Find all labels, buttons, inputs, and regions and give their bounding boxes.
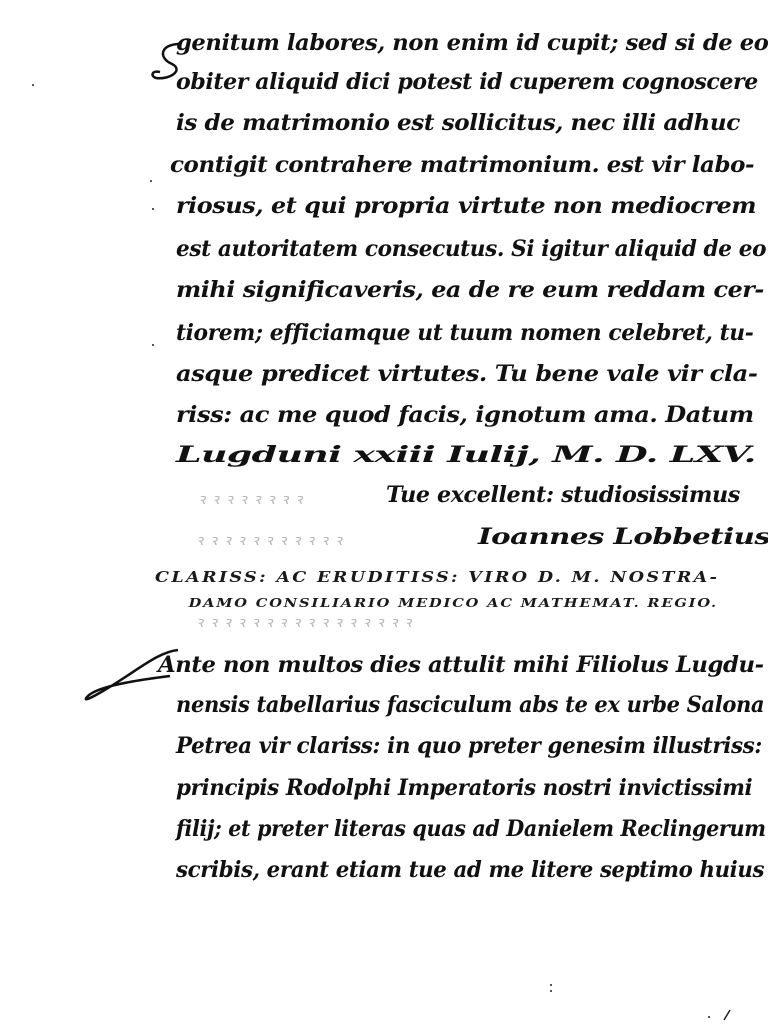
letter-two-line-4: principis Rodolphi Imperatoris nostri in…: [176, 775, 752, 801]
letter-two-line-5: filij; et preter literas quas ad Daniele…: [176, 816, 766, 842]
letter-one-line-7: mihi significaveris, ea de re eum reddam…: [176, 277, 764, 303]
letter-two-line-1: Ante non multos dies attulit mihi Filiol…: [158, 652, 764, 678]
letter-one-line-2: obiter aliquid dici potest id cuperem co…: [176, 69, 758, 95]
ink-speck: [152, 344, 154, 346]
bleed-through-mark: ꝛ ꝛ ꝛ ꝛ ꝛ ꝛ ꝛ ꝛ: [198, 489, 303, 509]
ink-speck: [708, 1016, 710, 1018]
letter-one-closing: Tue excellent: studiosissimus: [386, 482, 740, 508]
letter-two-line-2: nensis tabellarius fasciculum abs te ex …: [176, 692, 764, 718]
letter-one-line-8: tiorem; efficiamque ut tuum nomen celebr…: [176, 320, 753, 346]
letter-one-line-4: contigit contrahere matrimonium. est vir…: [170, 152, 754, 178]
letter-two-line-3: Petrea vir clariss: in quo preter genesi…: [176, 733, 762, 759]
letter-one-line-1: genitum labores, non enim id cupit; sed …: [176, 30, 768, 56]
letter-one-line-6: est autoritatem consecutus. Si igitur al…: [176, 236, 766, 262]
ink-speck: [550, 990, 552, 992]
manuscript-page: genitum labores, non enim id cupit; sed …: [0, 0, 768, 1024]
initial-flourish-icon: [150, 40, 190, 90]
ink-speck: [150, 180, 152, 182]
letter-one-line-11: Lugduni xxiii Iulij, M. D. LXV.: [176, 442, 756, 468]
letter-one-line-9: asque predicet virtutes. Tu bene vale vi…: [176, 361, 757, 387]
ink-speck: [32, 84, 34, 86]
address-line-2: DAMO CONSILIARIO MEDICO AC MATHEMAT. REG…: [189, 596, 718, 610]
bleed-through-mark: ꝛ ꝛ ꝛ ꝛ ꝛ ꝛ ꝛ ꝛ ꝛ ꝛ ꝛ: [196, 530, 343, 550]
ink-speck: [152, 208, 154, 210]
letter-one-signature: Ioannes Lobbetius: [478, 524, 768, 550]
letter-two-line-6: scribis, erant etiam tue ad me litere se…: [176, 857, 764, 883]
ink-speck: [550, 984, 552, 986]
address-line-1: CLARISS: AC ERUDITISS: VIRO D. M. NOSTRA…: [155, 568, 719, 586]
stray-mark-icon: [720, 1008, 736, 1022]
letter-one-line-5: riosus, et qui propria virtute non medio…: [176, 193, 756, 219]
bleed-through-mark: ꝛ ꝛ ꝛ ꝛ ꝛ ꝛ ꝛ ꝛ ꝛ ꝛ ꝛ ꝛ ꝛ ꝛ ꝛ ꝛ: [196, 612, 412, 632]
letter-one-line-3: is de matrimonio est sollicitus, nec ill…: [176, 110, 740, 136]
letter-one-line-10: riss: ac me quod facis, ignotum ama. Dat…: [176, 402, 754, 428]
capital-a-flourish-icon: [78, 640, 188, 710]
